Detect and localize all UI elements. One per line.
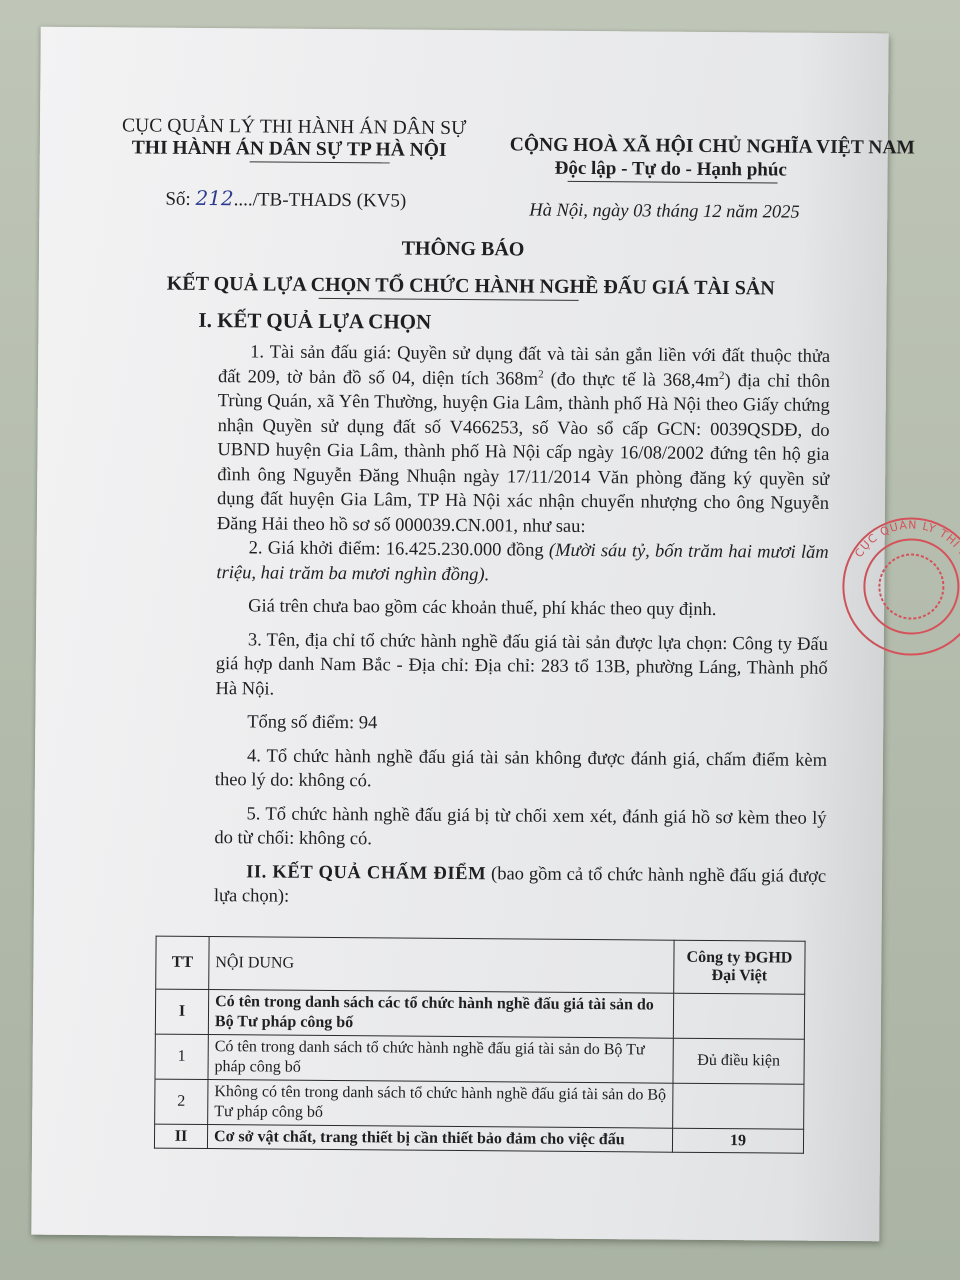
table-body: ICó tên trong danh sách các tổ chức hành… <box>154 989 804 1153</box>
handwritten-number: 212 <box>195 186 233 210</box>
section-1-heading: I. KẾT QUẢ LỰA CHỌN <box>198 308 431 335</box>
row-content: Có tên trong danh sách các tổ chức hành … <box>208 990 673 1039</box>
section-2-heading-para: II. KẾT QUẢ CHẤM ĐIỂM (bao gồm cả tổ chứ… <box>214 860 826 914</box>
document-subtitle: KẾT QUẢ LỰA CHỌN TỔ CHỨC HÀNH NGHỀ ĐẤU G… <box>167 273 775 301</box>
total-score: Tổng số điểm: 94 <box>215 710 827 739</box>
section-1-body: 1. Tài sản đấu giá: Quyền sử dụng đất và… <box>214 340 830 913</box>
nation-title: CỘNG HOÀ XÃ HỘI CHỦ NGHĨA VIỆT NAM <box>510 134 915 159</box>
agency-name: THI HÀNH ÁN DÂN SỰ TP HÀ NỘI <box>132 137 447 161</box>
stamp-seal-icon: CỤC QUẢN LÝ THI HÀNH ÁN <box>836 511 960 662</box>
row-value: 19 <box>672 1128 803 1153</box>
starting-price: 2. Giá khởi điểm: 16.425.230.000 đồng <box>249 538 549 560</box>
item-1-text-c: ) địa chỉ thôn Trùng Quán, xã Yên Thường… <box>217 371 830 537</box>
item-2: 2. Giá khởi điểm: 16.425.230.000 đồng (M… <box>216 536 828 590</box>
svg-text:CỤC QUẢN LÝ THI HÀNH ÁN: CỤC QUẢN LÝ THI HÀNH ÁN <box>852 517 960 611</box>
document-number-suffix: ..../TB-THADS (KV5) <box>234 189 407 211</box>
item-3: 3. Tên, địa chỉ tổ chức hành nghề đấu gi… <box>215 628 828 706</box>
item-5: 5. Tổ chức hành nghề đấu giá bị từ chối … <box>214 802 826 856</box>
item-1-text-b: (đo thực tế là 368,4m <box>544 369 720 390</box>
table-header-row: TT NỘI DUNG Công ty ĐGHD Đại Việt <box>156 936 805 994</box>
item-1: 1. Tài sản đấu giá: Quyền sử dụng đất và… <box>217 340 831 541</box>
document-number-prefix: Số: <box>165 189 195 210</box>
header-content: NỘI DUNG <box>209 937 674 994</box>
document-number: Số: 212..../TB-THADS (KV5) <box>165 186 406 213</box>
row-content: Không có tên trong danh sách tổ chức hàn… <box>208 1080 673 1129</box>
row-content: Cơ sở vật chất, trang thiết bị cần thiết… <box>207 1125 672 1153</box>
table-row: ICó tên trong danh sách các tổ chức hành… <box>155 989 804 1039</box>
table-row: 2Không có tên trong danh sách tổ chức hà… <box>155 1079 804 1129</box>
official-stamp: CỤC QUẢN LÝ THI HÀNH ÁN <box>836 511 960 662</box>
place-date: Hà Nội, ngày 03 tháng 12 năm 2025 <box>529 201 799 224</box>
section-2-heading: II. KẾT QUẢ CHẤM ĐIỂM <box>246 862 486 884</box>
score-table: TT NỘI DUNG Công ty ĐGHD Đại Việt ICó tê… <box>154 936 806 1154</box>
row-content: Có tên trong danh sách tổ chức hành nghề… <box>208 1035 673 1084</box>
item-4: 4. Tổ chức hành nghề đấu giá tài sản khô… <box>215 744 827 798</box>
agency-underline <box>250 161 390 163</box>
row-tt: 2 <box>155 1079 208 1124</box>
table-row: 1Có tên trong danh sách tổ chức hành ngh… <box>155 1034 804 1084</box>
row-value: Đủ điều kiện <box>673 1038 804 1084</box>
row-tt: II <box>154 1124 207 1148</box>
header-tt: TT <box>156 936 209 989</box>
row-value <box>673 1083 804 1129</box>
table-row: IICơ sở vật chất, trang thiết bị cần thi… <box>154 1124 803 1153</box>
document-title: THÔNG BÁO <box>39 235 887 265</box>
row-tt: I <box>155 989 208 1034</box>
document-page: CỤC QUẢN LÝ THI HÀNH ÁN DÂN SỰ THI HÀNH … <box>31 27 888 1242</box>
header-company: Công ty ĐGHD Đại Việt <box>674 940 805 994</box>
row-value <box>673 993 804 1039</box>
national-motto: Độc lập - Tự do - Hạnh phúc <box>555 158 787 182</box>
price-note: Giá trên chưa bao gồm các khoản thuế, ph… <box>216 594 828 623</box>
row-tt: 1 <box>155 1034 208 1079</box>
agency-parent: CỤC QUẢN LÝ THI HÀNH ÁN DÂN SỰ <box>122 115 467 140</box>
